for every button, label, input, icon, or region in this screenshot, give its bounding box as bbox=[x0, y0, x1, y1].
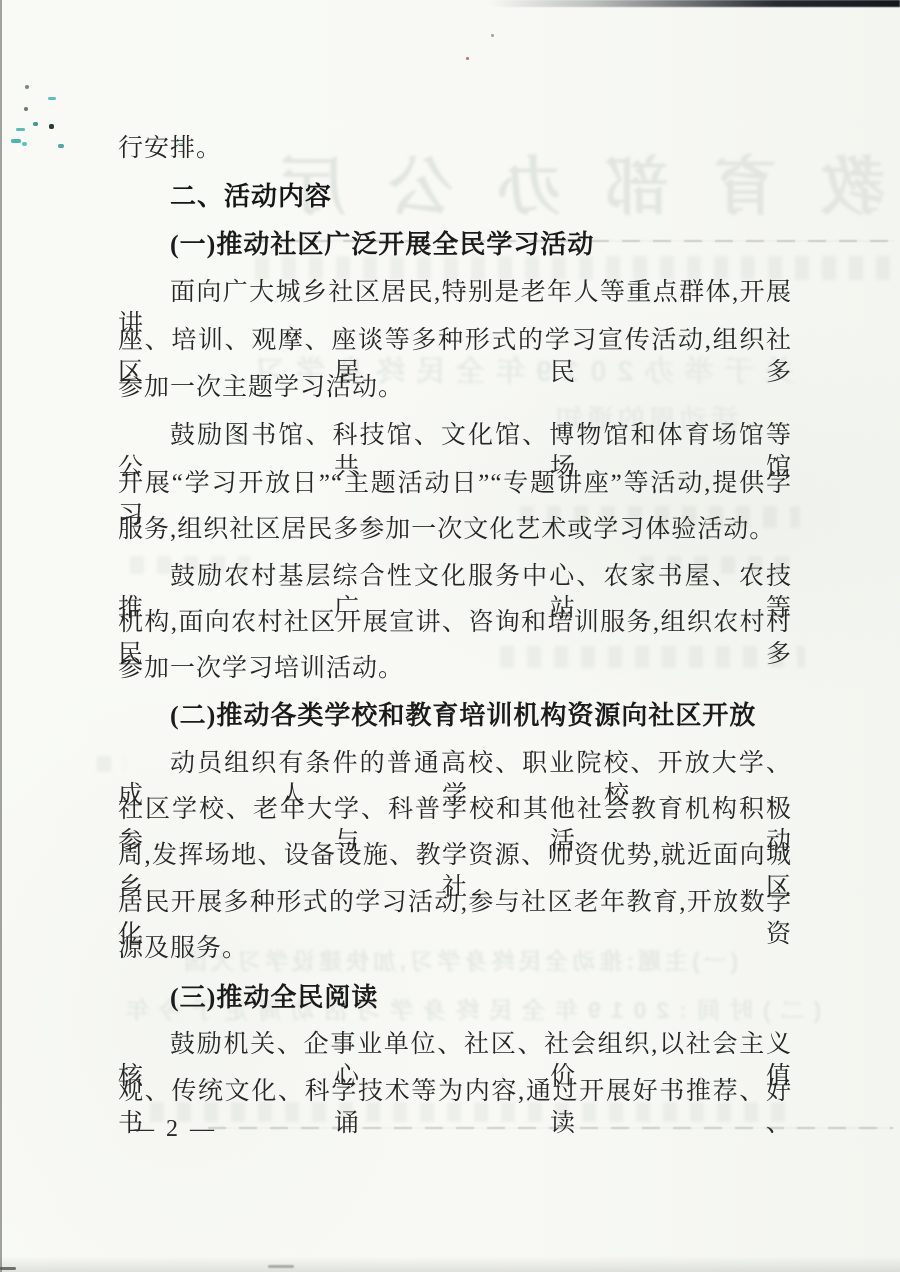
scanned-document-page: { "doc": { "page_number": "— 2 —", "line… bbox=[0, 0, 900, 1272]
sub-heading: (二)推动各类学校和教育培训机构资源向社区开放 bbox=[118, 700, 756, 732]
scan-artifact-dash bbox=[0, 1267, 16, 1270]
pen-mark bbox=[11, 139, 21, 143]
scan-shadow-bottom bbox=[0, 1256, 900, 1272]
pen-mark bbox=[33, 122, 38, 126]
body-line: 参加一次学习培训活动。 bbox=[118, 653, 404, 685]
section-heading: 二、活动内容 bbox=[118, 180, 332, 212]
ink-speck bbox=[466, 57, 469, 60]
scan-edge-top bbox=[488, 0, 900, 7]
body-line: 观、传统文化、科学技术等为内容,通过开展好书推荐、好书诵读、 bbox=[118, 1076, 792, 1140]
pen-mark bbox=[22, 142, 27, 146]
pen-mark bbox=[58, 144, 64, 148]
ink-speck bbox=[49, 124, 54, 129]
page-number: — 2 — bbox=[130, 1116, 217, 1143]
body-line: 行安排。 bbox=[118, 133, 222, 165]
scan-artifact-dash bbox=[268, 1265, 294, 1268]
ink-speck bbox=[25, 85, 29, 89]
scan-edge-left bbox=[0, 0, 2, 1272]
body-line: 参加一次主题学习活动。 bbox=[118, 372, 404, 404]
ink-speck bbox=[491, 34, 494, 37]
body-line: 源及服务。 bbox=[118, 933, 248, 965]
sub-heading: (三)推动全民阅读 bbox=[118, 982, 378, 1014]
ink-speck bbox=[24, 107, 28, 111]
sub-heading: (一)推动社区广泛开展全民学习活动 bbox=[118, 229, 594, 261]
paper-page: 教育部办公厅 关于举办2019年全民终身学习 活动周的通知 (一)主题:推动全民… bbox=[0, 0, 900, 1272]
body-line: 服务,组织社区居民多参加一次文化艺术或学习体验活动。 bbox=[118, 514, 775, 546]
pen-mark bbox=[16, 128, 25, 131]
pen-mark bbox=[48, 97, 56, 100]
